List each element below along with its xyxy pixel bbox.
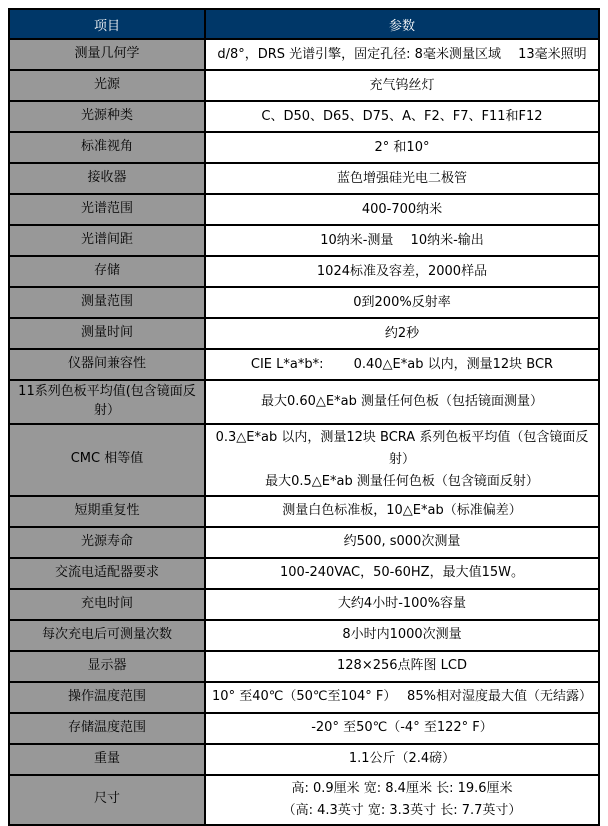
param-line: （高: 4.3英寸 宽: 3.3英寸 长: 7.7英寸）: [210, 800, 594, 822]
item-cell: 重量: [9, 744, 205, 775]
table-row: CMC 相等值0.3△E*ab 以内，测量12块 BCRA 系列色板平均值（包含…: [9, 424, 599, 496]
table-row: 接收器蓝色增强硅光电二极管: [9, 163, 599, 194]
table-row: 光谱范围400-700纳米: [9, 194, 599, 225]
param-line: 蓝色增强硅光电二极管: [210, 168, 594, 190]
param-cell: 2° 和10°: [205, 132, 599, 163]
item-cell: 仪器间兼容性: [9, 349, 205, 380]
param-line: 100-240VAC，50-60HZ，最大值15W。: [210, 562, 594, 584]
table-row: 存储1024标准及容差，2000样品: [9, 256, 599, 287]
param-line: 最大0.60△E*ab 测量任何色板（包括镜面测量）: [210, 391, 594, 413]
param-cell: 约500, s000次测量: [205, 527, 599, 558]
table-row: 重量1.1公斤（2.4磅）: [9, 744, 599, 775]
table-row: 11系列色板平均值(包含镜面反射）最大0.60△E*ab 测量任何色板（包括镜面…: [9, 380, 599, 424]
item-cell: 存储: [9, 256, 205, 287]
item-cell: 测量几何学: [9, 39, 205, 70]
param-line: 约500, s000次测量: [210, 531, 594, 553]
item-cell: 充电时间: [9, 589, 205, 620]
table-row: 测量时间约2秒: [9, 318, 599, 349]
param-line: 0.3△E*ab 以内，测量12块 BCRA 系列色板平均值（包含镜面反射）: [210, 427, 594, 471]
header-param: 参数: [205, 9, 599, 39]
param-cell: 大约4小时-100%容量: [205, 589, 599, 620]
param-line: 10° 至40℃（50℃至104° F） 85%相对湿度最大值（无结露）: [210, 686, 594, 708]
table-row: 光源种类C、D50、D65、D75、A、F2、F7、F11和F12: [9, 101, 599, 132]
table-row: 操作温度范围10° 至40℃（50℃至104° F） 85%相对湿度最大值（无结…: [9, 682, 599, 713]
param-line: 128×256点阵图 LCD: [210, 655, 594, 677]
param-line: 1024标准及容差，2000样品: [210, 261, 594, 283]
param-cell: 10° 至40℃（50℃至104° F） 85%相对湿度最大值（无结露）: [205, 682, 599, 713]
param-line: 8小时内1000次测量: [210, 624, 594, 646]
param-cell: 0.3△E*ab 以内，测量12块 BCRA 系列色板平均值（包含镜面反射）最大…: [205, 424, 599, 496]
spec-table: 项目 参数 测量几何学d/8°，DRS 光谱引擎，固定孔径: 8毫米测量区域 1…: [8, 8, 600, 826]
table-row: 标准视角2° 和10°: [9, 132, 599, 163]
param-cell: 1.1公斤（2.4磅）: [205, 744, 599, 775]
param-line: C、D50、D65、D75、A、F2、F7、F11和F12: [210, 106, 594, 128]
param-line: d/8°，DRS 光谱引擎，固定孔径: 8毫米测量区域 13毫米照明: [210, 44, 594, 66]
param-cell: 蓝色增强硅光电二极管: [205, 163, 599, 194]
param-line: 大约4小时-100%容量: [210, 593, 594, 615]
item-cell: 每次充电后可测量次数: [9, 620, 205, 651]
param-cell: 400-700纳米: [205, 194, 599, 225]
table-row: 测量几何学d/8°，DRS 光谱引擎，固定孔径: 8毫米测量区域 13毫米照明: [9, 39, 599, 70]
table-row: 存储温度范围-20° 至50℃（-4° 至122° F）: [9, 713, 599, 744]
header-item: 项目: [9, 9, 205, 39]
param-cell: 10纳米-测量 10纳米-输出: [205, 225, 599, 256]
item-cell: 测量时间: [9, 318, 205, 349]
item-cell: 短期重复性: [9, 496, 205, 527]
item-cell: 交流电适配器要求: [9, 558, 205, 589]
param-cell: 128×256点阵图 LCD: [205, 651, 599, 682]
param-line: 0到200%反射率: [210, 292, 594, 314]
table-row: 仪器间兼容性CIE L*a*b*: 0.40△E*ab 以内，测量12块 BCR: [9, 349, 599, 380]
item-cell: CMC 相等值: [9, 424, 205, 496]
table-row: 充电时间大约4小时-100%容量: [9, 589, 599, 620]
param-line: 最大0.5△E*ab 测量任何色板（包含镜面反射）: [210, 471, 594, 493]
param-line: CIE L*a*b*: 0.40△E*ab 以内，测量12块 BCR: [210, 354, 594, 376]
item-cell: 接收器: [9, 163, 205, 194]
param-line: 400-700纳米: [210, 199, 594, 221]
param-cell: 100-240VAC，50-60HZ，最大值15W。: [205, 558, 599, 589]
param-cell: 充气钨丝灯: [205, 70, 599, 101]
param-cell: d/8°，DRS 光谱引擎，固定孔径: 8毫米测量区域 13毫米照明: [205, 39, 599, 70]
table-row: 显示器128×256点阵图 LCD: [9, 651, 599, 682]
param-cell: C、D50、D65、D75、A、F2、F7、F11和F12: [205, 101, 599, 132]
table-row: 交流电适配器要求100-240VAC，50-60HZ，最大值15W。: [9, 558, 599, 589]
param-line: 高: 0.9厘米 宽: 8.4厘米 长: 19.6厘米: [210, 778, 594, 800]
item-cell: 尺寸: [9, 775, 205, 825]
param-cell: CIE L*a*b*: 0.40△E*ab 以内，测量12块 BCR: [205, 349, 599, 380]
header-row: 项目 参数: [9, 9, 599, 39]
param-cell: 最大0.60△E*ab 测量任何色板（包括镜面测量）: [205, 380, 599, 424]
table-row: 短期重复性测量白色标准板，10△E*ab（标准偏差）: [9, 496, 599, 527]
item-cell: 测量范围: [9, 287, 205, 318]
param-line: 2° 和10°: [210, 137, 594, 159]
param-line: 充气钨丝灯: [210, 75, 594, 97]
page: 项目 参数 测量几何学d/8°，DRS 光谱引擎，固定孔径: 8毫米测量区域 1…: [0, 0, 608, 763]
table-row: 尺寸高: 0.9厘米 宽: 8.4厘米 长: 19.6厘米（高: 4.3英寸 宽…: [9, 775, 599, 825]
param-line: 1.1公斤（2.4磅）: [210, 748, 594, 770]
item-cell: 光源寿命: [9, 527, 205, 558]
item-cell: 11系列色板平均值(包含镜面反射）: [9, 380, 205, 424]
param-cell: 测量白色标准板，10△E*ab（标准偏差）: [205, 496, 599, 527]
item-cell: 光谱间距: [9, 225, 205, 256]
param-line: 10纳米-测量 10纳米-输出: [210, 230, 594, 252]
item-cell: 光源: [9, 70, 205, 101]
table-row: 光源寿命约500, s000次测量: [9, 527, 599, 558]
item-cell: 标准视角: [9, 132, 205, 163]
item-cell: 显示器: [9, 651, 205, 682]
item-cell: 光源种类: [9, 101, 205, 132]
param-line: 约2秒: [210, 323, 594, 345]
table-body: 测量几何学d/8°，DRS 光谱引擎，固定孔径: 8毫米测量区域 13毫米照明光…: [9, 39, 599, 825]
param-cell: 高: 0.9厘米 宽: 8.4厘米 长: 19.6厘米（高: 4.3英寸 宽: …: [205, 775, 599, 825]
item-cell: 操作温度范围: [9, 682, 205, 713]
item-cell: 光谱范围: [9, 194, 205, 225]
param-line: -20° 至50℃（-4° 至122° F）: [210, 717, 594, 739]
param-cell: -20° 至50℃（-4° 至122° F）: [205, 713, 599, 744]
param-cell: 0到200%反射率: [205, 287, 599, 318]
table-row: 每次充电后可测量次数8小时内1000次测量: [9, 620, 599, 651]
param-line: 测量白色标准板，10△E*ab（标准偏差）: [210, 500, 594, 522]
table-row: 测量范围0到200%反射率: [9, 287, 599, 318]
param-cell: 8小时内1000次测量: [205, 620, 599, 651]
param-cell: 约2秒: [205, 318, 599, 349]
param-cell: 1024标准及容差，2000样品: [205, 256, 599, 287]
table-row: 光源充气钨丝灯: [9, 70, 599, 101]
table-row: 光谱间距10纳米-测量 10纳米-输出: [9, 225, 599, 256]
item-cell: 存储温度范围: [9, 713, 205, 744]
